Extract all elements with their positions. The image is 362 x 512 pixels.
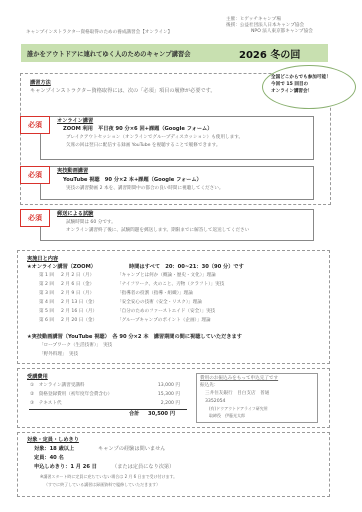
session-no: 第 4 回 xyxy=(39,300,61,306)
session-date: 2 月 20 日（金） xyxy=(61,318,117,324)
item-detail: YouTube 視聴 90 分×2 本+課題（Google フォーム） xyxy=(63,177,202,184)
eligibility-note: （すでに終了している講習は録画資料で履修していただきます） xyxy=(44,482,160,488)
target: 対象：18 歳以上 xyxy=(34,446,74,453)
session-date: 2 月 2 日（月） xyxy=(61,273,117,279)
session-date: 2 月 16 日（月） xyxy=(61,309,117,315)
target-note: キャンプの経験は問いません xyxy=(98,446,165,453)
bank-account: 3352054 xyxy=(205,399,225,405)
fee-label: ② 資格登録費用（初年度年会費含む） xyxy=(30,392,112,397)
session-no: 第 3 回 xyxy=(39,291,61,297)
total-amount: 30,500 円 xyxy=(148,411,175,418)
video-item: 「ロープワーク（生活技術）」 実技 xyxy=(39,343,112,349)
item-note: ブレイクアウトセッション（オンラインでグループディスカッション）も使用します。 xyxy=(66,135,243,141)
method-heading: 講習方法 xyxy=(30,80,51,87)
required-badge: 必須 xyxy=(20,116,50,134)
required-badge: 必須 xyxy=(20,209,50,227)
item-note: 欠席の回は翌日に配信する録画 YouTube を視聴することで履修できます。 xyxy=(66,143,220,149)
title-year: 2026 冬の回 xyxy=(239,46,300,61)
eligibility-note: ※講習スタート時に定員に充ちていない場合は 2 月 6 日まで受け付けます。 xyxy=(40,474,177,480)
fee-amount: 15,300 円 xyxy=(158,392,180,398)
item-note: 試験時間は 60 分です。 xyxy=(66,220,116,226)
fee-label: ③ テキスト代 xyxy=(30,401,62,406)
fee-label: ① オンライン講習受講料 xyxy=(30,383,85,388)
online-time: 時間はすべて 20：00~21：30（90 分）です xyxy=(129,264,244,271)
callout-line-1: 全国どこからでも参加可能！ xyxy=(271,75,331,81)
total-divider xyxy=(29,409,187,410)
item-title: 郵送による試験 xyxy=(57,211,93,218)
session-date: 2 月 13 日（金） xyxy=(61,300,117,306)
session-no: 第 6 回 xyxy=(39,318,61,324)
session-topic: 「指導者の役割（指導・組織）」理論 xyxy=(117,291,193,296)
bank-box: 費用のお振込みをもって申込完了です 振込先： 三井住友銀行 目白支店 普通 33… xyxy=(196,373,318,423)
page-title: 誰かをアウトドアに連れてゆく人のためのキャンプ講習会 xyxy=(27,49,191,58)
fee-amount: 13,000 円 xyxy=(158,383,180,389)
callout-line-3: オンライン講習会！ xyxy=(271,89,312,95)
callout-bubble: 全国どこからでも参加可能！ 今回で 15 回目の オンライン講習会！ xyxy=(262,65,356,109)
deadline: 申込しめきり：1 月 26 日 xyxy=(34,464,97,471)
schedule-heading: 実施日と内容 xyxy=(27,256,58,263)
title-banner: 誰かをアウトドアに連れてゆく人のためのキャンプ講習会 2026 冬の回 xyxy=(21,44,328,62)
item-note: オンライン講習終了後に、試験問題を郵送します。期限までに解答して返送してください xyxy=(66,228,249,234)
video-item: 「野外料理」 実技 xyxy=(39,352,78,358)
bank-holder-name: 取締役 伊藤光太郎 xyxy=(209,413,245,419)
fees-heading: 受講費用 xyxy=(27,374,48,381)
session-no: 第 1 回 xyxy=(39,273,61,279)
deadline-note: （または定員になり次第） xyxy=(112,464,174,471)
session-topic: 「ナイフワーク、火のこと、刃物（クラフト）」実技 xyxy=(117,282,224,287)
item-title: 実技動画講習 xyxy=(57,168,88,175)
callout-line-2: 今回で 15 回目の xyxy=(271,82,308,88)
bank-note: 費用のお振込みをもって申込完了です xyxy=(200,376,278,382)
required-badge: 必須 xyxy=(20,166,50,184)
session-date: 2 月 9 日（月） xyxy=(61,291,117,297)
session-date: 2 月 6 日（金） xyxy=(61,282,117,288)
subtitle: キャンプインストラクター資格取得のための養成講習会【オンライン】 xyxy=(26,30,172,36)
capacity: 定員：40 名 xyxy=(34,455,64,462)
session-topic: 「キャンプとは何か（概論・歴史・文化）」理論 xyxy=(117,273,216,278)
method-desc: キャンプインストラクター資格取得には、次の「必須」項目の履修が必要です。 xyxy=(30,88,216,95)
fee-amount: 2,200 円 xyxy=(161,401,180,407)
bank-name: 三井住友銀行 目白支店 普通 xyxy=(205,391,269,397)
item-detail: ZOOM 利用 平日夜 90 分×6 回+課題（Google フォーム） xyxy=(63,126,212,133)
session-no: 第 5 回 xyxy=(39,309,61,315)
session-no: 第 2 回 xyxy=(39,282,61,288)
item-title: オンライン講習 xyxy=(57,118,93,125)
session-topic: 「安全安心の技術（安全・リスク）」理論 xyxy=(117,300,202,305)
bank-holder: (有)ドウアウトドアライフ研究所 xyxy=(209,406,268,412)
online-label: ★オンライン講習（ZOOM） xyxy=(27,264,96,271)
video-label: ★実技動画講習（YouTube 視聴） 各 90 分×2 本 講習期間の間に視聴… xyxy=(27,334,242,341)
total-label: 合計 xyxy=(129,411,139,418)
supporter-2: NPO 法人東京都キャンプ協会 xyxy=(251,29,313,35)
session-topic: 「グループキャンプのポイント（企画）」理論 xyxy=(117,318,211,323)
session-topic: 「自分のためのファーストエイド（安全）」実技 xyxy=(117,309,215,314)
item-note: 実技の講習動画 2 本を、講習期間中の都合の良い時間に視聴してください。 xyxy=(66,186,223,192)
eligibility-heading: 対象・定員・しめきり xyxy=(27,437,79,444)
bank-label: 振込先： xyxy=(200,383,218,389)
